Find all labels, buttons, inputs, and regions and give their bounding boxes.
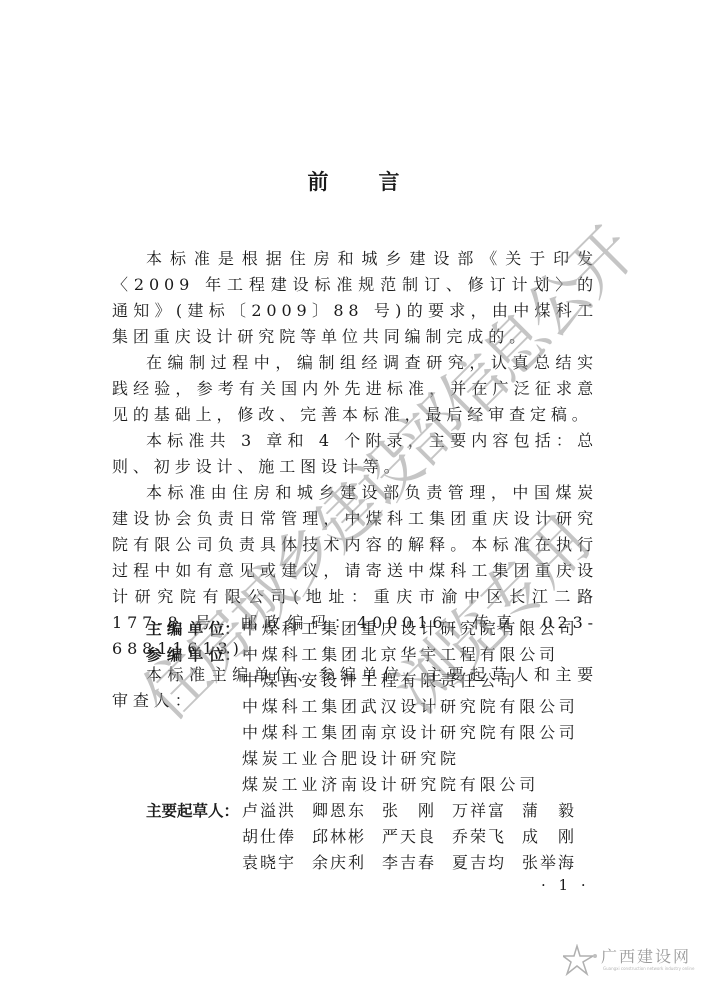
participating-unit: 煤炭工业合肥设计研究院 xyxy=(242,746,460,772)
participating-unit: 中煤西安设计工程有限责任公司 xyxy=(242,668,519,694)
drafter-name: 邱林彬 xyxy=(312,824,382,850)
drafters-label: 主要起草人： xyxy=(146,798,242,824)
title-char-2: 言 xyxy=(379,166,400,196)
document-page: 前言 本标准是根据住房和城乡建设部《关于印发〈2009 年工程建设标准规范制订、… xyxy=(0,0,707,991)
title-char-1: 前 xyxy=(308,166,329,196)
chief-editor-label: 主 编 单 位： xyxy=(146,616,242,642)
chief-editor-row: 主 编 单 位： 中煤科工集团重庆设计研究院有限公司 xyxy=(146,616,606,642)
contributors-block: 主 编 单 位： 中煤科工集团重庆设计研究院有限公司 参 编 单 位： 中煤科工… xyxy=(146,616,606,876)
participating-row: 中煤西安设计工程有限责任公司 xyxy=(146,668,606,694)
paragraph-contents: 本标准共 3 章和 4 个附录，主要内容包括：总则、初步设计、施工图设计等。 xyxy=(112,428,598,480)
drafter-name: 余庆利 xyxy=(312,850,382,876)
logo-name: 广西建设网 xyxy=(601,944,691,967)
drafter-name: 李吉春 xyxy=(382,850,452,876)
participating-unit: 中煤科工集团北京华宇工程有限公司 xyxy=(242,642,559,668)
logo-subtitle: Guangxi construction network industry on… xyxy=(603,966,694,971)
drafter-name: 卿恩东 xyxy=(312,798,382,824)
paragraph-process: 在编制过程中，编制组经调查研究，认真总结实践经验，参考有关国内外先进标准，并在广… xyxy=(112,350,598,428)
drafter-name: 张举海 xyxy=(522,850,592,876)
participating-unit: 中煤科工集团武汉设计研究院有限公司 xyxy=(242,694,579,720)
drafter-name: 成 刚 xyxy=(522,824,592,850)
drafter-name: 张 刚 xyxy=(382,798,452,824)
drafter-name: 严天良 xyxy=(382,824,452,850)
drafters-row: 主要起草人： 卢溢洪 卿恩东 张 刚 万祥富 蒲 毅 xyxy=(146,798,606,824)
drafters-row: 袁晓宇 余庆利 李吉春 夏吉均 张举海 xyxy=(146,850,606,876)
star-logo-icon xyxy=(563,944,599,976)
participating-row: 中煤科工集团武汉设计研究院有限公司 xyxy=(146,694,606,720)
drafter-name: 乔荣飞 xyxy=(452,824,522,850)
drafter-name: 卢溢洪 xyxy=(242,798,312,824)
drafter-name: 袁晓宇 xyxy=(242,850,312,876)
drafters-row: 胡仕俸 邱林彬 严天良 乔荣飞 成 刚 xyxy=(146,824,606,850)
drafter-name: 蒲 毅 xyxy=(522,798,592,824)
paragraph-basis: 本标准是根据住房和城乡建设部《关于印发〈2009 年工程建设标准规范制订、修订计… xyxy=(112,246,598,350)
participating-row: 煤炭工业合肥设计研究院 xyxy=(146,746,606,772)
page-number: · 1 · xyxy=(541,876,590,894)
participating-row: 中煤科工集团南京设计研究院有限公司 xyxy=(146,720,606,746)
site-logo: 广西建设网 Guangxi construction network indus… xyxy=(563,944,703,976)
participating-unit: 煤炭工业济南设计研究院有限公司 xyxy=(242,772,539,798)
drafter-name: 胡仕俸 xyxy=(242,824,312,850)
page-title: 前言 xyxy=(0,166,707,196)
participating-row: 参 编 单 位： 中煤科工集团北京华宇工程有限公司 xyxy=(146,642,606,668)
participating-label: 参 编 单 位： xyxy=(146,642,242,668)
drafter-name: 万祥富 xyxy=(452,798,522,824)
participating-row: 煤炭工业济南设计研究院有限公司 xyxy=(146,772,606,798)
chief-editor-unit: 中煤科工集团重庆设计研究院有限公司 xyxy=(242,616,579,642)
participating-unit: 中煤科工集团南京设计研究院有限公司 xyxy=(242,720,579,746)
drafter-name: 夏吉均 xyxy=(452,850,522,876)
